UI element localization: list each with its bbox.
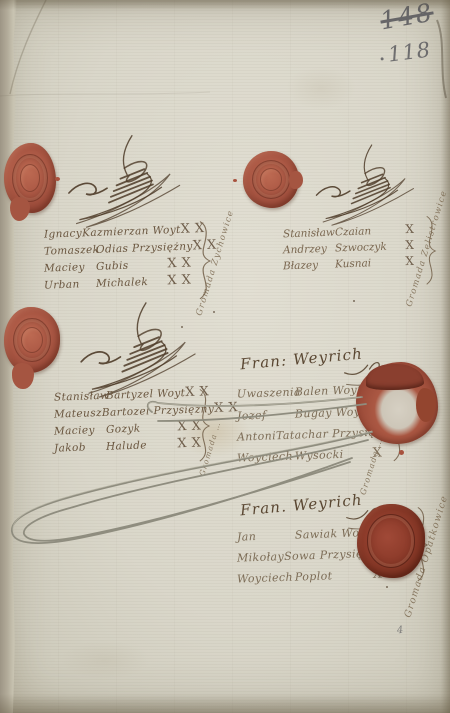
signatory-given-name: Stanisław (54, 390, 106, 404)
signatory-given-name: Ignacy (44, 227, 83, 240)
signatory-given-name: Stanisław (283, 227, 335, 241)
manuscript-page: 148 118 4 I (0, 0, 450, 713)
signature-cross-marks: XX (167, 255, 196, 271)
signatory-given-name: Maciey (54, 424, 106, 438)
flourished-signature (55, 130, 205, 235)
signatory-surname: Halude (106, 439, 147, 452)
signatory-given-name: Urban (44, 278, 96, 292)
ink-speck (386, 586, 388, 588)
signatory-given-name: Maciey (44, 261, 96, 275)
wax-speck (55, 177, 60, 181)
flourished-signature (295, 140, 445, 232)
signatory-list: Stanisław Bartyzel Woyt XX Mateusz Barto… (54, 387, 206, 455)
signature-cross-marks: X (405, 222, 419, 236)
signatory-surname: Odias Przysiężny (96, 240, 193, 255)
ink-speck (181, 326, 183, 328)
wax-seal-middle-left (4, 307, 60, 373)
wax-speck (399, 450, 404, 455)
signatory-given-name: Andrzey (283, 243, 335, 257)
signatory-list: Stanisław Czaian X Andrzey Szwoczyk X Bł… (283, 224, 419, 272)
signatory-given-name: Jan (237, 529, 295, 544)
signatory-surname: Gozyk (106, 423, 141, 436)
wax-seal-with-thread (356, 362, 438, 444)
wax-speck (233, 179, 237, 182)
signatory-surname: Balen Woyt (295, 383, 362, 398)
signatory-surname: Wysocki (295, 448, 344, 463)
signatory-given-name: Woyciech (237, 571, 295, 586)
ink-speck (353, 300, 355, 302)
signatory-surname: Bartyzel Woyt (106, 387, 186, 402)
wax-seal-bottom-right (357, 504, 425, 578)
signatory-given-name: Antoni (237, 429, 277, 443)
wax-fold (366, 364, 424, 390)
signatory-given-name: Woyciech (237, 450, 295, 465)
signatory-surname: Czaian (335, 225, 372, 238)
signatory-given-name: Jozef (237, 408, 295, 423)
signatory-surname: Kazmierzan Woyt (82, 224, 181, 239)
signatory-surname: Kusnai (335, 257, 372, 270)
signatory-row: Woyciech Wysocki X (237, 445, 388, 471)
signatory-given-name: Jakob (54, 441, 106, 455)
signatory-row: Błazey Kusnai X (283, 254, 419, 275)
signatory-given-name: Mikołay (237, 550, 285, 565)
signatory-surname: Poplot (295, 569, 333, 583)
signatory-list: Ignacy Kazmierzan Woyt XX Tomaszek Odias… (44, 224, 196, 292)
signatory-surname: Gubis (96, 260, 129, 273)
wax-seal-top-middle (243, 151, 299, 208)
signatory-surname: Bugay Woyt (295, 405, 366, 420)
wax-seal-top-left (4, 143, 56, 213)
signatory-surname: Szwoczyk (335, 241, 387, 255)
wax-seal-crest (260, 168, 282, 191)
signature-cross-marks: XX (167, 272, 196, 288)
signatory-given-name: Tomaszek (44, 244, 96, 258)
wax-seal-ring (367, 514, 416, 567)
corner-mark: 4 (396, 625, 403, 637)
signatory-given-name: Błazey (283, 259, 335, 273)
signatory-given-name: Uwaszenia (237, 386, 295, 401)
signatory-surname: Michalek (96, 276, 149, 290)
signature-cross-marks: X (405, 238, 419, 252)
ink-speck (213, 311, 215, 313)
signatory-given-name: Mateusz (54, 407, 102, 421)
